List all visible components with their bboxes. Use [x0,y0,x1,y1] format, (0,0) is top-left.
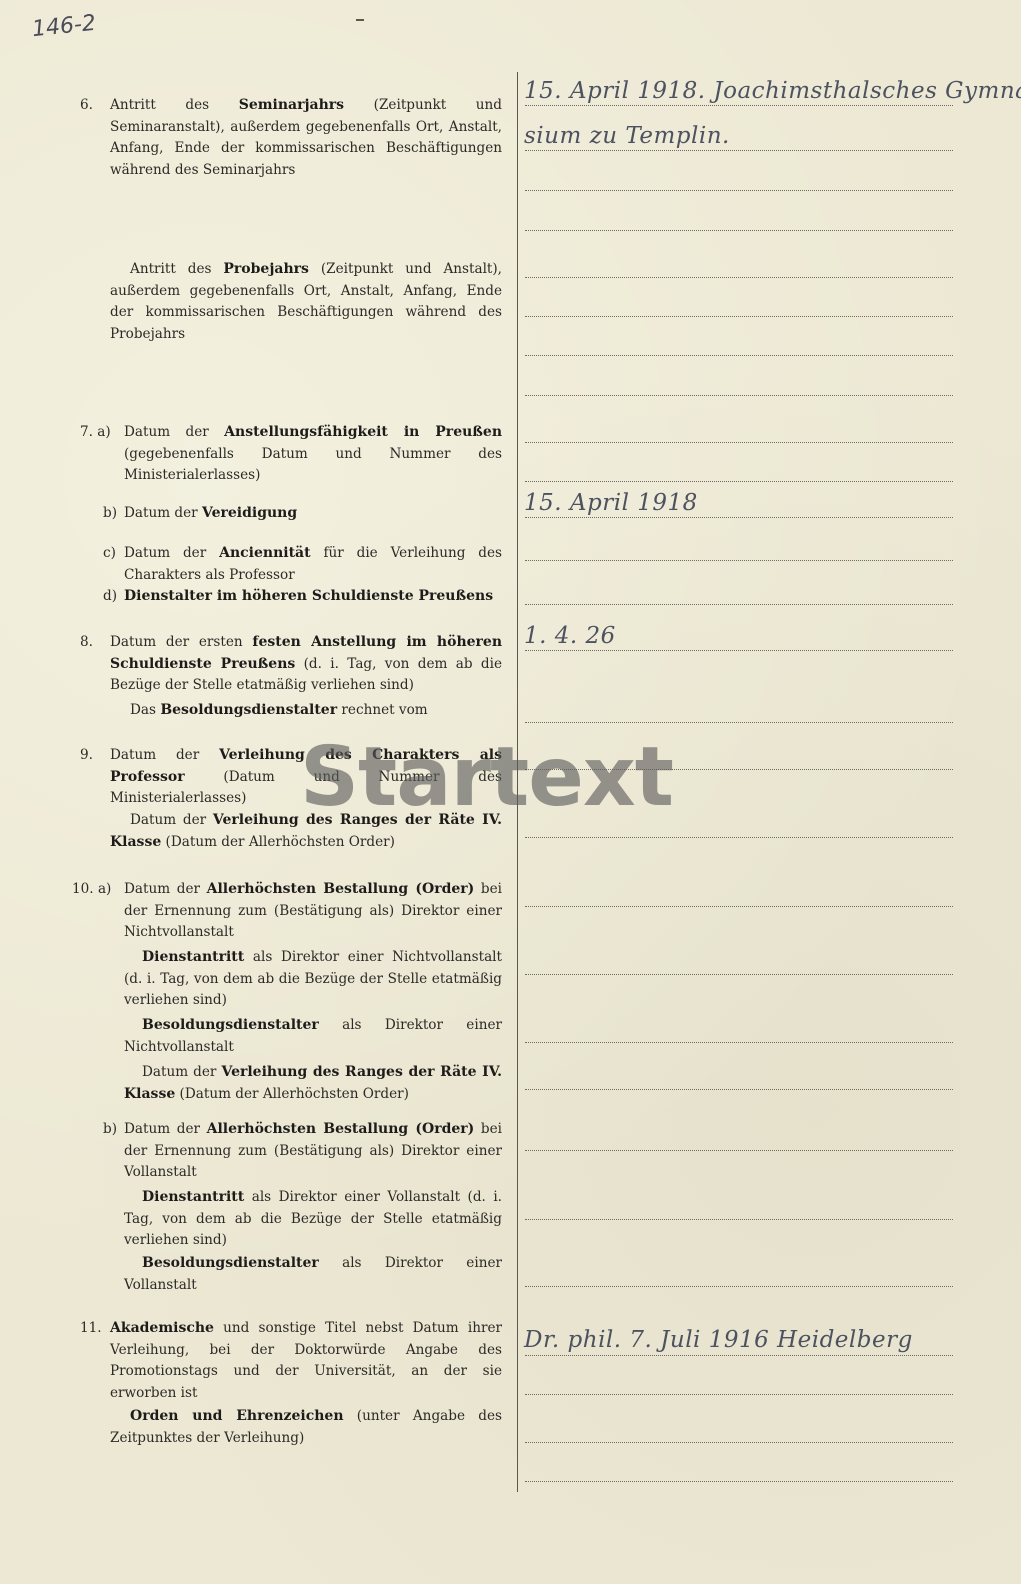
label-text: (Datum der Allerhöchsten Order) [175,1086,409,1102]
answer-line [525,316,953,317]
label-text: Datum der [142,1064,222,1080]
item-number-10a: 10. a) [72,881,111,897]
answer-vereidigung: 15. April 1918 [524,490,698,516]
label-text: Antritt des [110,97,239,113]
answer-seminarjahr-line2: sium zu Templin. [524,123,730,149]
item-7d-dienstalter: Dienstalter im höheren Schuldienste Preu… [124,586,502,608]
item-8-feste-anstellung: Datum der ersten festen Anstellung im hö… [110,632,502,697]
label-bold: Anciennität [219,545,310,561]
label-text: Datum der [124,881,207,897]
item-number-7c: c) [103,545,116,561]
label-bold: Dienstantritt [142,1189,244,1205]
top-tick-mark [356,19,364,21]
item-9-professor: Datum der Verleihung des Charakters als … [110,745,502,810]
answer-line [525,1442,953,1443]
answer-line [525,769,953,770]
answer-line [525,1481,953,1482]
answer-line [525,906,953,907]
answer-line [525,1089,953,1090]
item-number-11: 11. [80,1320,102,1336]
column-divider [517,72,518,1492]
answer-seminarjahr-line1: 15. April 1918. Joachimsthalsches Gymna- [524,78,1021,104]
label-text: (Datum der Allerhöchsten Order) [161,834,395,850]
label-bold: Vereidigung [202,505,297,521]
answer-line [525,395,953,396]
item-7c-anciennitaet: Datum der Anciennität für die Verleihung… [124,543,502,586]
answer-line [525,230,953,231]
label-bold: Anstellungsfähigkeit in Preußen [224,424,502,440]
item-number-7b: b) [103,505,117,521]
answer-akademische-titel: Dr. phil. 7. Juli 1916 Heidelberg [524,1327,913,1353]
answer-line [525,105,953,106]
label-bold: Besoldungsdienstalter [142,1255,319,1271]
answer-line [525,560,953,561]
label-bold: Dienstalter im höheren Schuldienste Preu… [124,588,493,604]
label-text: (gegebenenfalls Datum und Nummer des Min… [124,446,502,484]
item-10a-bestallung: Datum der Allerhöchsten Bestallung (Orde… [124,879,502,944]
answer-line [525,190,953,191]
label-bold: Seminarjahrs [239,97,344,113]
label-text: Antritt des [130,261,223,277]
answer-line [525,1150,953,1151]
answer-line [525,837,953,838]
item-7a-anstellungsfaehigkeit: Datum der Anstellungsfähigkeit in Preuße… [124,422,502,487]
item-number-7d: d) [103,588,117,604]
item-6-probejahr: Antritt des Probejahrs (Zeitpunkt und An… [110,259,502,345]
label-text: Datum der [130,812,213,828]
answer-line [525,1394,953,1395]
answer-line [525,974,953,975]
label-bold: Akademische [110,1320,214,1336]
label-text: Datum der ersten [110,634,252,650]
label-text: Datum der [110,747,219,763]
answer-line [525,481,953,482]
answer-line [525,650,953,651]
item-10b-dienstantritt: Dienstantritt als Direktor einer Vollans… [124,1187,502,1252]
item-10a-dienstantritt: Dienstantritt als Direktor einer Nichtvo… [124,947,502,1012]
label-bold: Besoldungsdienstalter [142,1017,319,1033]
item-10b-besoldungsdienstalter: Besoldungsdienstalter als Direktor einer… [124,1253,502,1296]
archive-number: 146-2 [31,11,97,43]
label-bold: Besoldungsdienstalter [160,702,337,718]
item-number-7a: 7. a) [80,424,111,440]
label-text: rechnet vom [337,702,428,718]
answer-line [525,517,953,518]
label-text: Datum der [124,505,202,521]
answer-line [525,442,953,443]
item-6-seminarjahr: Antritt des Seminarjahrs (Zeitpunkt und … [110,95,502,181]
item-number-8: 8. [80,634,93,650]
item-10b-bestallung: Datum der Allerhöchsten Bestallung (Orde… [124,1119,502,1184]
item-10a-raete-klasse: Datum der Verleihung des Ranges der Räte… [124,1062,502,1105]
label-text: Das [130,702,160,718]
item-9-raete-klasse: Datum der Verleihung des Ranges der Räte… [110,810,502,853]
item-8-besoldungsdienstalter: Das Besoldungsdienstalter rechnet vom [130,700,502,722]
label-bold: Allerhöchsten Bestallung (Order) [207,1121,475,1137]
answer-line [525,722,953,723]
answer-line [525,150,953,151]
item-11-akademische-titel: Akademische und sonstige Titel nebst Dat… [110,1318,502,1404]
answer-line [525,355,953,356]
label-bold: Allerhöchsten Bestallung (Order) [207,881,475,897]
item-number-10b: b) [103,1121,117,1137]
label-text: Datum der [124,424,224,440]
item-7b-vereidigung: Datum der Vereidigung [124,503,502,525]
label-bold: Dienstantritt [142,949,244,965]
answer-line [525,1286,953,1287]
answer-line [525,1042,953,1043]
item-number-9: 9. [80,747,93,763]
item-11-orden: Orden und Ehrenzeichen (unter Angabe des… [110,1406,502,1449]
answer-line [525,604,953,605]
item-10a-besoldungsdienstalter: Besoldungsdienstalter als Direktor einer… [124,1015,502,1058]
label-text: Datum der [124,1121,207,1137]
answer-line [525,277,953,278]
label-bold: Probejahrs [223,261,309,277]
label-text: Datum der [124,545,219,561]
answer-line [525,1219,953,1220]
item-number-6: 6. [80,97,93,113]
label-bold: Orden und Ehrenzeichen [130,1408,344,1424]
answer-line [525,1355,953,1356]
answer-feste-anstellung: 1. 4. 26 [524,623,616,649]
